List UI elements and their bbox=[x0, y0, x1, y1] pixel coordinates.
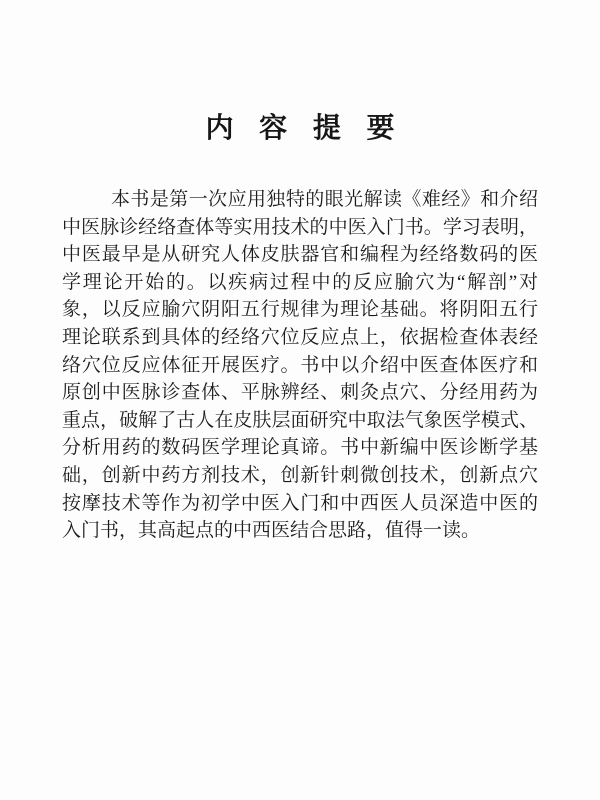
summary-paragraph: 本书是第一次应用独特的眼光解读《难经》和介绍 中医脉诊经络查体等实用技术的中医入… bbox=[62, 186, 538, 545]
paragraph-line: 中医脉诊经络查体等实用技术的中医入门书。学习表明， bbox=[62, 214, 538, 242]
paragraph-line: 按摩技术等作为初学中医入门和中西医人员深造中医的 bbox=[62, 490, 538, 518]
paragraph-line: 础，创新中药方剂技术，创新针刺微创技术，创新点穴 bbox=[62, 462, 538, 490]
paragraph-line: 重点，破解了古人在皮肤层面研究中取法气象医学模式、 bbox=[62, 407, 538, 435]
paragraph-line: 本书是第一次应用独特的眼光解读《难经》和介绍 bbox=[62, 186, 538, 214]
paragraph-line: 分析用药的数码医学理论真谛。书中新编中医诊断学基 bbox=[62, 434, 538, 462]
paragraph-line: 象，以反应腧穴阴阳五行规律为理论基础。将阴阳五行 bbox=[62, 296, 538, 324]
paragraph-line: 原创中医脉诊查体、平脉辨经、刺灸点穴、分经用药为 bbox=[62, 379, 538, 407]
page-title: 内 容 提 要 bbox=[0, 106, 600, 146]
book-page: 内 容 提 要 本书是第一次应用独特的眼光解读《难经》和介绍 中医脉诊经络查体等… bbox=[0, 0, 600, 800]
paragraph-line: 理论联系到具体的经络穴位反应点上，依据检查体表经 bbox=[62, 324, 538, 352]
paragraph-line: 中医最早是从研究人体皮肤器官和编程为经络数码的医 bbox=[62, 241, 538, 269]
paragraph-line: 学理论开始的。以疾病过程中的反应腧穴为“解剖”对 bbox=[62, 269, 538, 297]
paragraph-line: 络穴位反应体征开展医疗。书中以介绍中医查体医疗和 bbox=[62, 352, 538, 380]
paragraph-line: 入门书，其高起点的中西医结合思路，值得一读。 bbox=[62, 517, 538, 545]
